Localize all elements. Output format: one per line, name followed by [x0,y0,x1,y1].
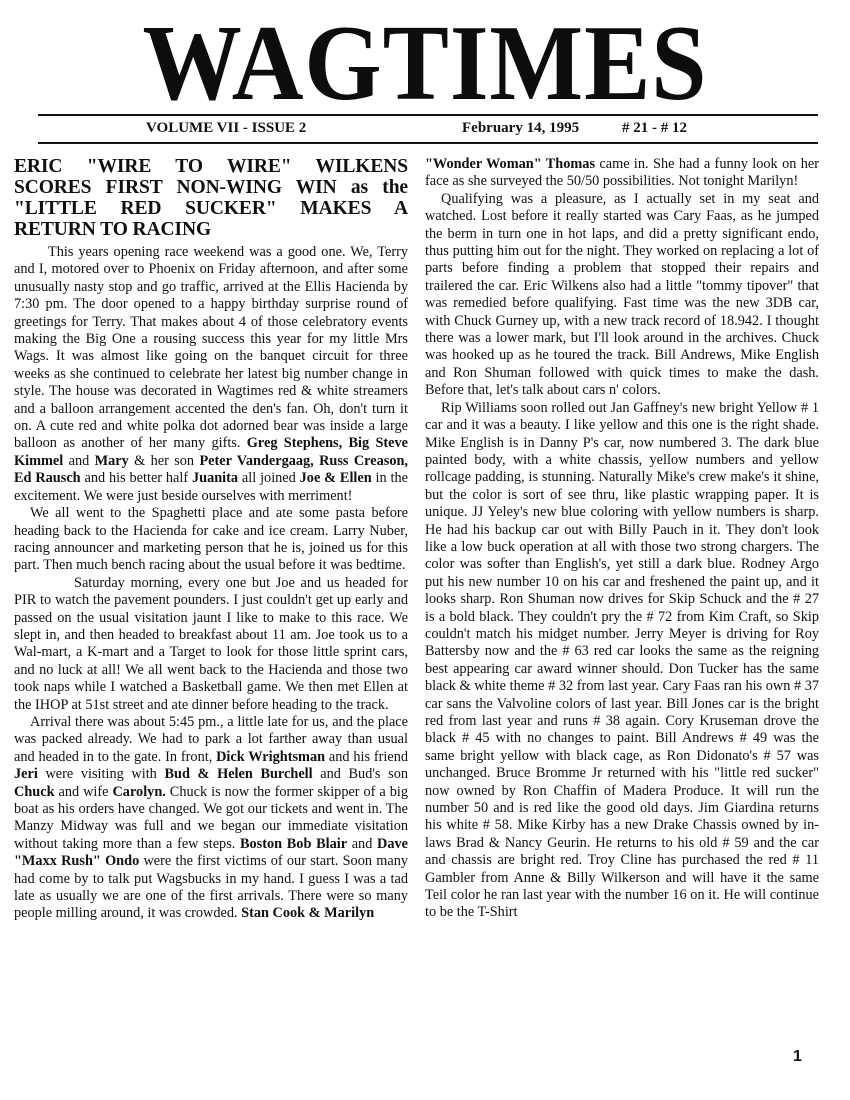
name: Bud & Helen Burchell [164,766,312,782]
text: & her son [129,453,200,469]
masthead-rule-bottom [38,142,818,144]
article-right-column: "Wonder Woman" Thomas came in. She had a… [425,156,819,922]
name: Carolyn. [112,784,165,800]
paragraph: This years opening race weekend was a go… [14,244,408,505]
newsletter-title: WAGTIMES [34,14,816,114]
issue-date: February 14, 1995 [462,120,579,137]
name: Chuck [14,784,55,800]
issue-bar: VOLUME VII - ISSUE 2 February 14, 1995 #… [0,120,850,140]
text: all joined [238,470,300,486]
paragraph: Saturday morning, every one but Joe and … [14,575,408,714]
text: This years opening race weekend was a go… [14,244,408,451]
name: Dick Wrightsman [216,749,325,765]
text: were visiting with [38,766,165,782]
text: and wife [55,784,113,800]
masthead-rule-top [38,114,818,116]
paragraph: Rip Williams soon rolled out Jan Gaffney… [425,400,819,922]
text: and his friend [325,749,408,765]
paragraph: We all went to the Spaghetti place and a… [14,505,408,575]
name: "Wonder Woman" Thomas [425,156,595,172]
name: Joe & Ellen [300,470,372,486]
name: Boston Bob Blair [240,836,347,852]
name: Jeri [14,766,38,782]
article-headline: ERIC "WIRE TO WIRE" WILKENS SCORES FIRST… [14,156,408,240]
paragraph: Arrival there was about 5:45 pm., a litt… [14,714,408,923]
name: Juanita [192,470,238,486]
text: and [63,453,94,469]
name: Stan Cook & Marilyn [241,905,374,921]
paragraph: "Wonder Woman" Thomas came in. She had a… [425,156,819,191]
text: and his better half [81,470,192,486]
issue-numbers: # 21 - # 12 [622,120,687,137]
volume-issue: VOLUME VII - ISSUE 2 [146,120,306,137]
paragraph: Qualifying was a pleasure, as I actually… [425,191,819,400]
article-left-column: ERIC "WIRE TO WIRE" WILKENS SCORES FIRST… [14,156,408,923]
name: Mary [95,453,129,469]
text: and Bud's son [313,766,408,782]
page-number: 1 [793,1048,802,1066]
text: and [347,836,377,852]
